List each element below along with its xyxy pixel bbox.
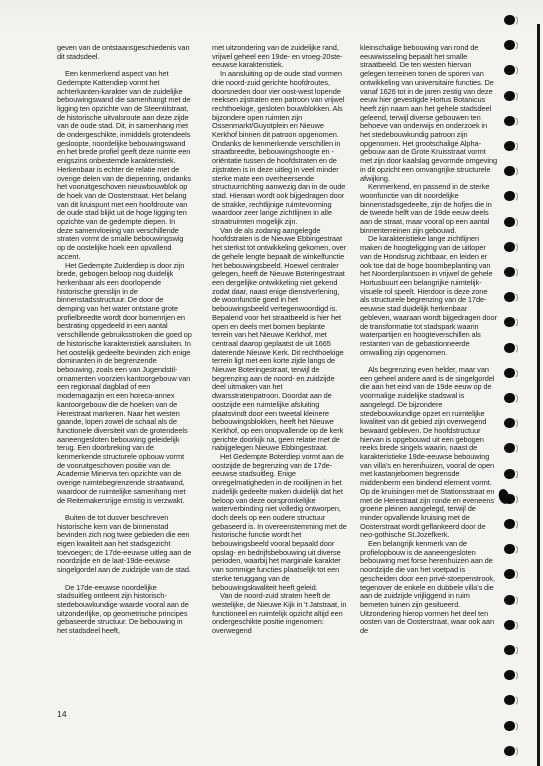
- paragraph: De karakteristieke lange zichtlijnen mak…: [360, 235, 498, 357]
- paragraph: Kenmerkend, en passend in de sterke woon…: [360, 183, 498, 235]
- binding-hole-icon: [504, 292, 515, 302]
- paragraph: In aansluiting op de oude stad vormen dr…: [212, 70, 347, 227]
- page-edge-line: [537, 24, 540, 766]
- paragraph: Van de noord-zuid straten heeft de weste…: [212, 592, 347, 636]
- binding-hole-icon: [504, 670, 515, 680]
- binding-hole-icon: [504, 544, 515, 554]
- scanned-page: geven van de ontstaansgeschiedenis van d…: [0, 0, 543, 766]
- binding-hole-icon: [504, 620, 515, 630]
- paragraph: Een belangrijk kenmerk van de profielopb…: [360, 540, 498, 636]
- paragraph: Het Gedempte Zuiderdiep is door zijn bre…: [57, 262, 192, 506]
- binding-hole-icon: [504, 645, 515, 655]
- paragraph: Als begrenzing even helder, maar van een…: [360, 366, 498, 540]
- binding-hole-icon: [504, 91, 515, 101]
- text-column-middle: met uitzondering van de zuidelijke rand,…: [212, 44, 347, 636]
- paragraph: met uitzondering van de zuidelijke rand,…: [212, 44, 347, 70]
- paragraph: kleinschalige bebouwing van rond de eeuw…: [360, 44, 498, 183]
- binding-hole-icon: [504, 519, 515, 529]
- ink-smudge: [497, 488, 510, 505]
- paragraph: Van de als zodanig aangelegde hoofdstrat…: [212, 227, 347, 453]
- binding-hole-icon: [504, 317, 515, 327]
- binding-hole-icon: [504, 695, 515, 705]
- binding-hole-icon: [504, 595, 515, 605]
- text-column-left: geven van de ontstaansgeschiedenis van d…: [57, 44, 192, 636]
- binding-hole-icon: [504, 15, 515, 25]
- binding-hole-icon: [504, 343, 515, 353]
- binding-hole-icon: [504, 418, 515, 428]
- binding-hole-icon: [504, 746, 515, 756]
- paragraph: geven van de ontstaansgeschiedenis van d…: [57, 44, 192, 61]
- binding-hole-icon: [504, 116, 515, 126]
- paragraph: Een kenmerkend aspect van het Gedempte K…: [57, 70, 192, 261]
- binding-hole-icon: [504, 443, 515, 453]
- paragraph: Buiten de tot dusver beschreven historis…: [57, 514, 192, 575]
- binding-hole-icon: [504, 217, 515, 227]
- binding-hole-icon: [504, 191, 515, 201]
- binding-hole-icon: [504, 721, 515, 731]
- page-number: 14: [57, 709, 67, 719]
- binding-hole-icon: [504, 368, 515, 378]
- binding-hole-icon: [504, 267, 515, 277]
- paragraph: De 17de-eeuwse noordelijke stadsuitleg o…: [57, 584, 192, 636]
- binding-hole-icon: [504, 65, 515, 75]
- text-column-right: kleinschalige bebouwing van rond de eeuw…: [360, 44, 498, 636]
- binding-hole-icon: [504, 242, 515, 252]
- binding-hole-icon: [504, 141, 515, 151]
- binding-hole-icon: [504, 469, 515, 479]
- binding-hole-icon: [504, 393, 515, 403]
- binding-hole-icon: [504, 166, 515, 176]
- binding-hole-icon: [504, 569, 515, 579]
- paragraph: Het Gedempte Boterdiep vormt aan de oost…: [212, 453, 347, 592]
- binding-hole-icon: [504, 40, 515, 50]
